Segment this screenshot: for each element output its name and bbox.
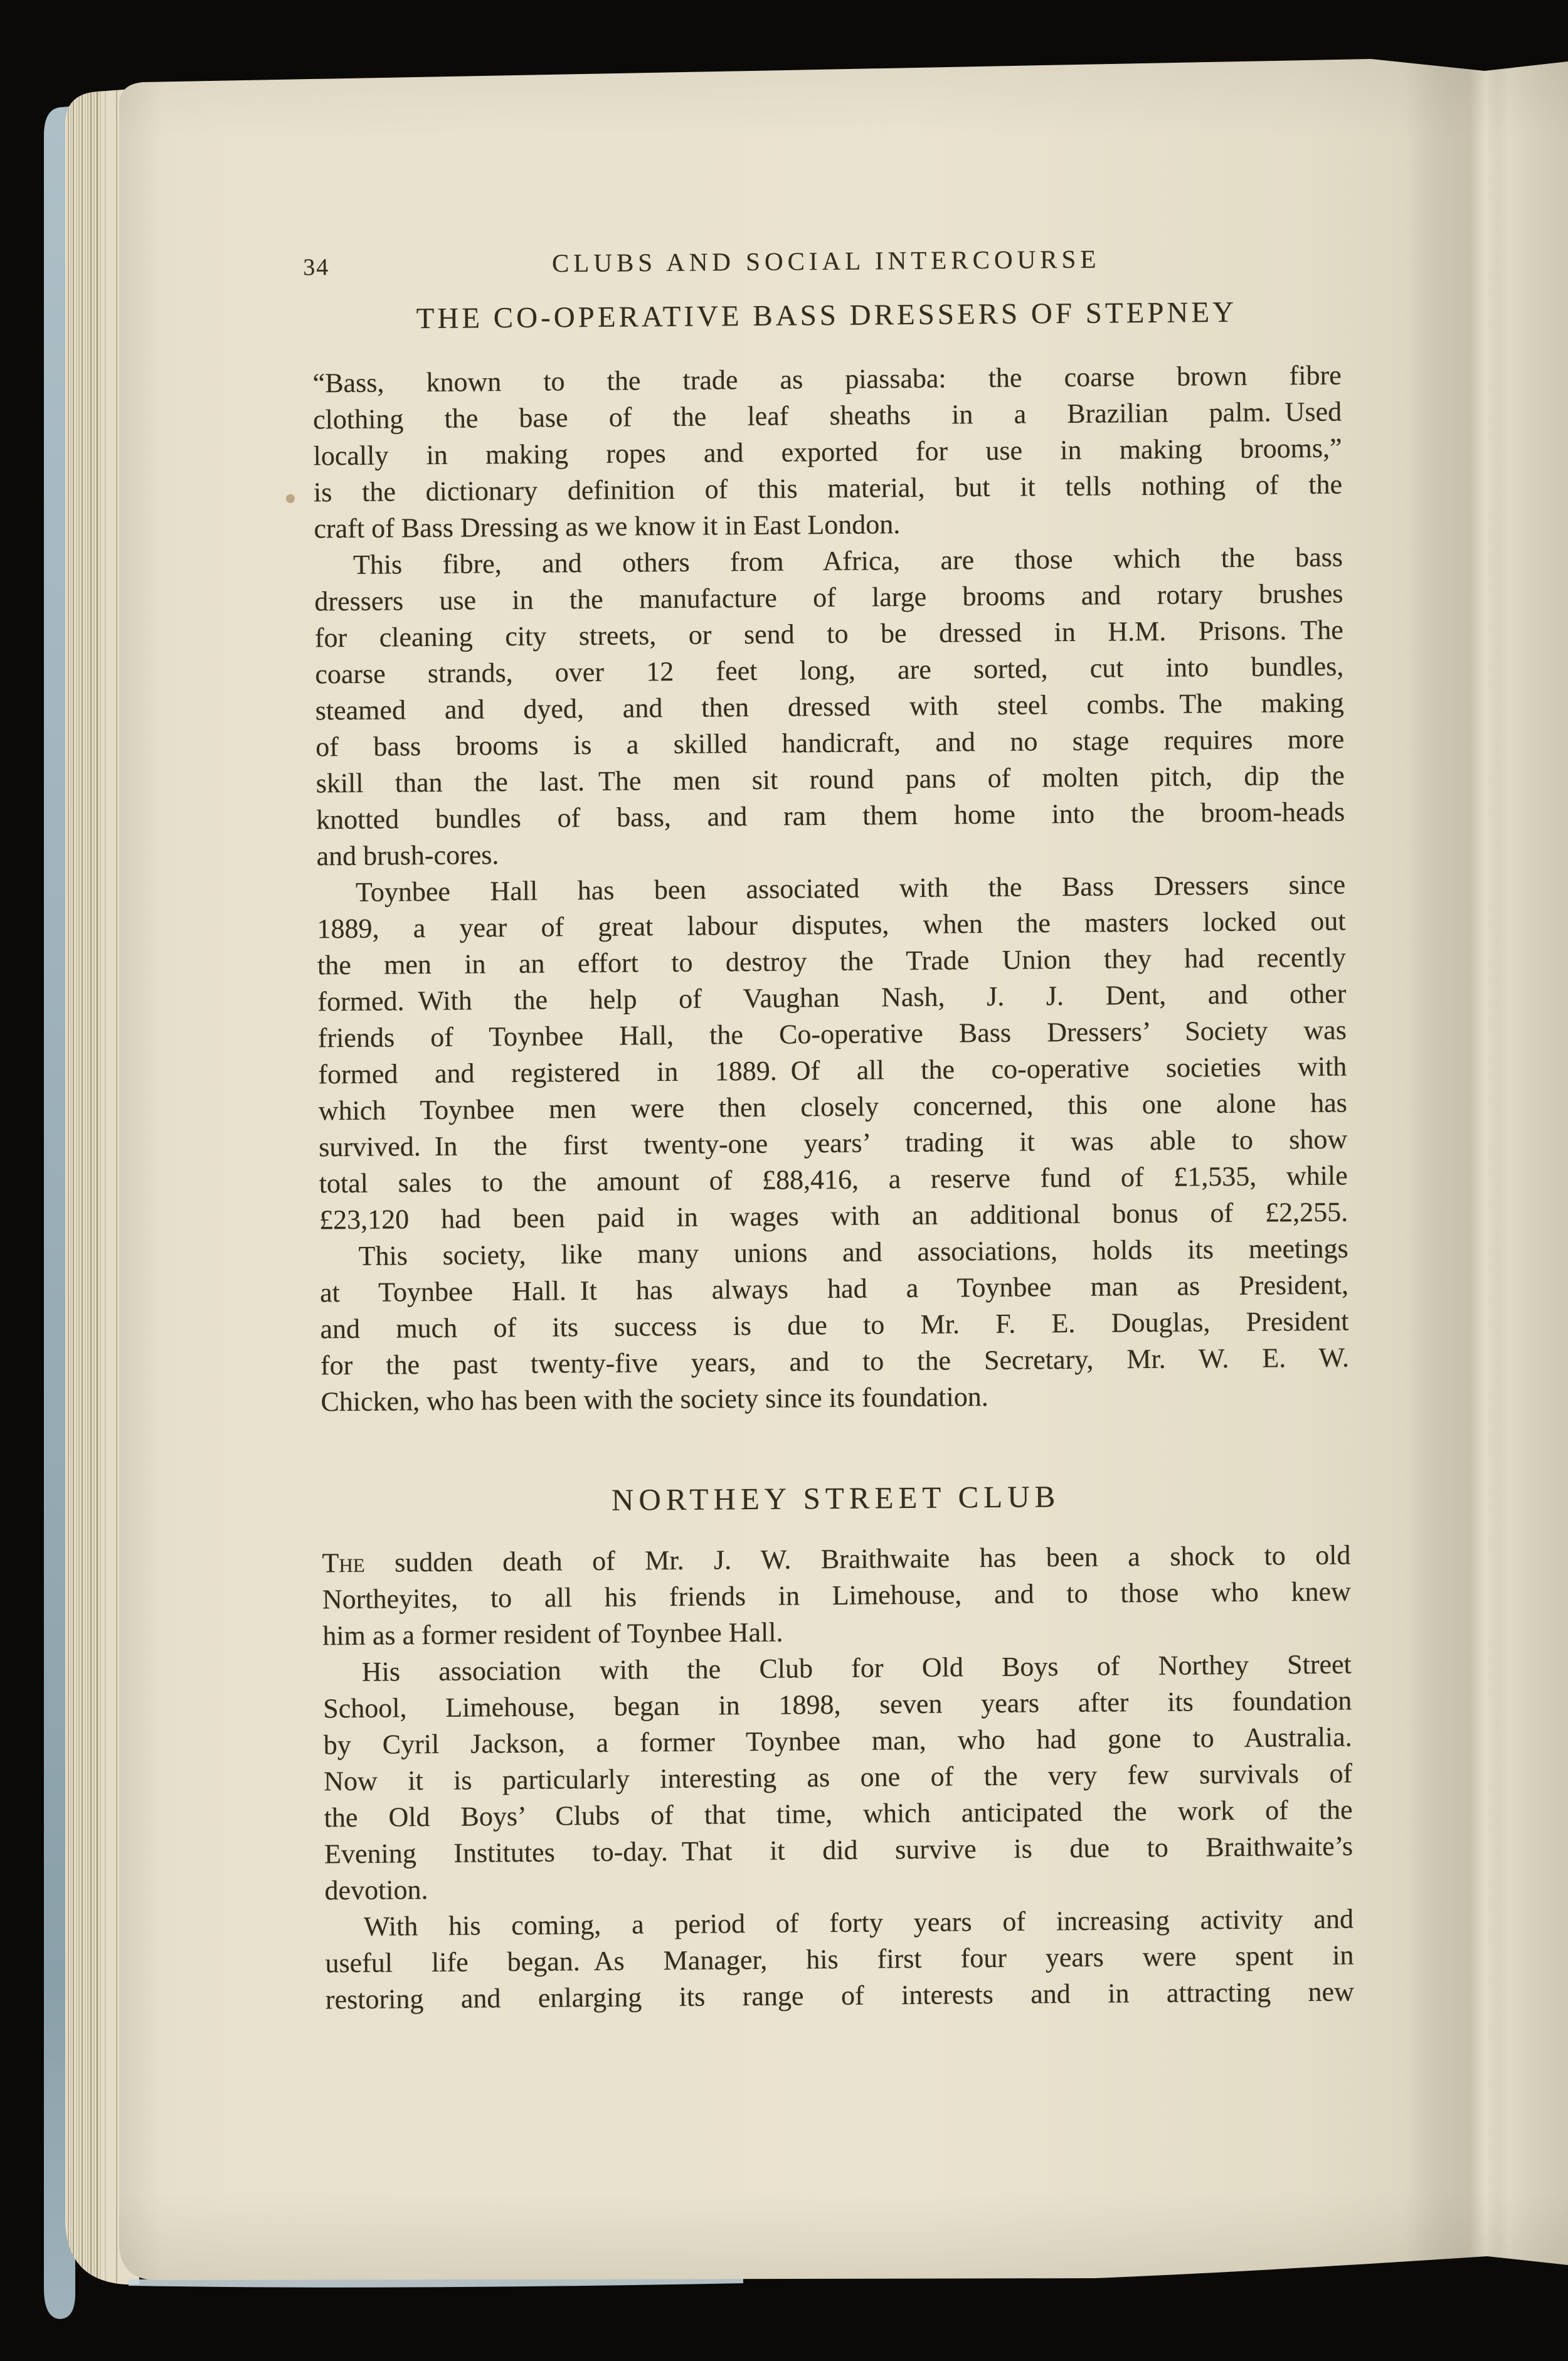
text-line: Chicken, who has been with the society s…	[320, 1376, 1349, 1421]
paragraph: This society, like many unions and assoc…	[319, 1231, 1349, 1421]
paragraph: Toynbee Hall has been associated with th…	[317, 867, 1348, 1239]
paragraph: This fibre, and others from Africa, are …	[314, 539, 1345, 875]
gutter-crease-shading	[1405, 56, 1568, 2271]
left-edge-shading	[119, 75, 163, 2283]
top-edge-shading	[119, 56, 1568, 138]
page-number: 34	[303, 253, 329, 281]
paragraph: His association with the Club for Old Bo…	[323, 1646, 1353, 1909]
bottom-edge-shading	[119, 2192, 1568, 2280]
paper-speck	[286, 494, 295, 503]
paragraph: “Bass, known to the trade as piassaba: t…	[312, 358, 1342, 548]
scanned-book-photo: { "page": { "number": "34", "running_hea…	[0, 0, 1568, 2361]
section-heading: THE CO-OPERATIVE BASS DRESSERS OF STEPNE…	[312, 295, 1341, 337]
text-column: 34 CLUBS AND SOCIAL INTERCOURSE THE CO-O…	[312, 242, 1354, 2019]
paragraph: The sudden death of Mr. J. W. Braithwait…	[322, 1537, 1351, 1654]
paragraph: With his coming, a period of forty years…	[325, 1901, 1354, 2018]
small-caps-lead: he	[339, 1547, 365, 1578]
section-heading: NORTHEY STREET CLUB	[321, 1476, 1350, 1520]
